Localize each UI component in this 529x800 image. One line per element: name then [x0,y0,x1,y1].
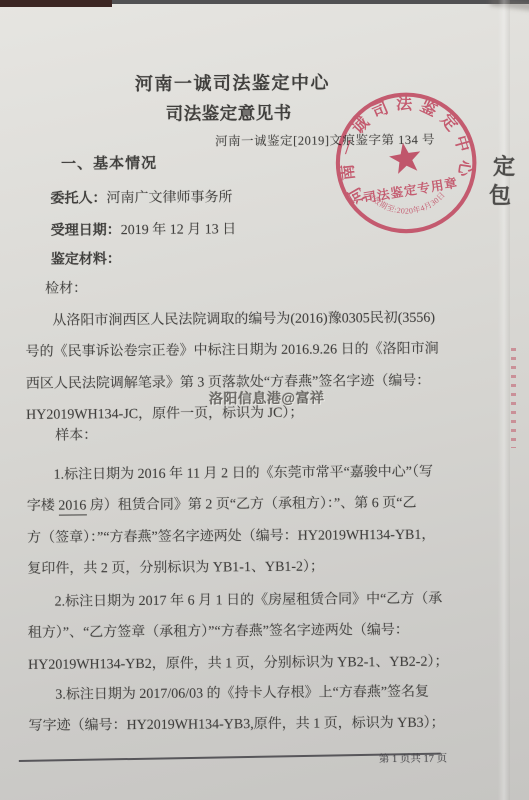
client-value: 河南广文律师事务所 [106,190,232,206]
paragraph-line: 3.标注日期为 2017/06/03 的《持卡人存根》上“方春燕”签名复 [28,677,452,712]
underlined-room-number: 2016 [58,499,86,516]
paragraph-line: 租方）”、“乙方签章（承租方）”“方春燕”签名字迹两处（编号： [28,615,452,650]
materials-label: 鉴定材料： [51,252,121,268]
paragraph-line: 从洛阳市涧西区人民法院调取的编号为(2016)豫0305民初(3556) [25,303,449,338]
page-number: 第 1 页共 17 页 [379,751,447,767]
paragraph-line: 写字迹（编号：HY2019WH134-YB3,原件，共 1 页，标识为 YB3）… [28,708,452,743]
jiancai-paragraph: 从洛阳市涧西区人民法院调取的编号为(2016)豫0305民初(3556) 号的《… [25,303,450,432]
paragraph-line: 方（签章）：”“方春燕”签名字迹两处（编号：HY2019WH134-YB1， [27,519,451,554]
site-watermark: 洛阳信息港@富祥 [209,388,325,409]
accept-date-label: 受理日期： [51,223,121,239]
paragraph-line: 复印件，共 2 页，分别标识为 YB1-1、YB1-2）； [27,551,451,586]
paragraph-line: HY2019WH134-YB2，原件，共 1 页，分别标识为 YB2-1、YB2… [28,646,452,681]
scanned-document-page: 河南一诚司法鉴定中心 司法鉴定意见书 河南一诚鉴定[2019]文痕鉴字第 134… [0,0,529,800]
line-segment: 房）租赁合同》第 2 页“乙方（承租方）：”、第 6 页“乙 [86,496,416,514]
accept-date-value: 2019 年 12 月 13 日 [121,222,237,238]
paragraph-line: 字楼 2016 房）租赁合同》第 2 页“乙方（承租方）：”、第 6 页“乙 [27,488,451,523]
official-seal: 河南一诚司法鉴定中心 司法鉴定专用章 有效期至:2020年4月30日 [316,73,495,252]
client-label: 委托人： [50,191,106,206]
seal-star [387,140,423,175]
accept-date-field: 受理日期：2019 年 12 月 13 日 [51,218,237,239]
line-segment: 字楼 [27,499,59,514]
paragraph-line: 1.标注日期为 2016 年 11 月 2 日的《东莞市常平“嘉骏中心”（写 [26,457,450,492]
sample-item-2: 2.标注日期为 2017 年 6 月 1 日的《房屋租赁合同》中“乙方（承 租方… [27,584,452,681]
footer-rule [19,753,441,762]
sample-label: 样本： [55,424,97,444]
adjacent-page-text: 定 [493,150,515,181]
client-field: 委托人：河南广文律师事务所 [50,186,232,207]
sample-item-3: 3.标注日期为 2017/06/03 的《持卡人存根》上“方春燕”签名复 写字迹… [28,677,452,743]
adjacent-page-text: 包 [489,179,511,210]
sample-item-1: 1.标注日期为 2016 年 11 月 2 日的《东莞市常平“嘉骏中心”（写 字… [26,457,451,586]
jiancai-label: 检材： [45,277,87,297]
materials-field: 鉴定材料： [51,248,121,269]
document-content: 河南一诚司法鉴定中心 司法鉴定意见书 河南一诚鉴定[2019]文痕鉴字第 134… [0,0,529,800]
paragraph-line: 号的《民事诉讼卷宗正卷》中标注日期为 2016.9.26 日的《洛阳市涧 [25,334,449,369]
paragraph-line: 2.标注日期为 2017 年 6 月 1 日的《房屋租赁合同》中“乙方（承 [27,584,451,619]
section-heading: 一、基本情况 [61,152,157,174]
